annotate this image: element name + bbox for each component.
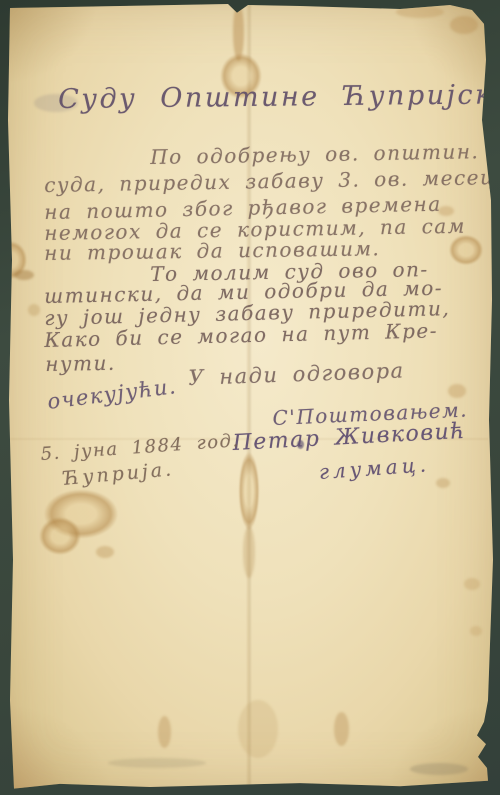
letter-paper: Суду Општине Ћупријској. По одобрењу ов.… [0,0,500,795]
stain-crease-bottom [238,700,278,758]
photo-background: Суду Општине Ћупријској. По одобрењу ов.… [0,0,500,795]
stain-big-left-main [42,488,120,540]
stain-left-dots [28,304,40,316]
vertical-fold-crease [246,4,252,790]
letter-heading: Суду Општине Ћупријској. [58,79,500,115]
stain-sig-dot [436,478,450,488]
stain-spot-bottom-left [158,716,171,748]
stain-left-edge-1 [0,240,28,280]
dateline-place: Ћуприја. [62,458,175,490]
signature-name: Петар Живковић [232,419,466,456]
closing-hope: У нади одговора [188,358,405,390]
letter-line-p1-1: По одобрењу ов. општин. [150,139,479,169]
dateline-date: 5. јуна 1884 год. [40,430,240,465]
smudge-bottom-right [410,763,468,775]
stain-right-small-3 [470,626,482,636]
stain-spot-bottom-right [334,712,349,746]
closing-awaiting: очекујући. [46,374,178,414]
stain-big-left-lobe [38,516,82,556]
stain-right-mid [448,234,484,266]
stain-left-edge-2 [14,270,34,280]
signature-role: глумац. [318,452,431,484]
letter-line-p2-5: нути. [45,351,116,376]
stain-top-edge [396,6,444,18]
stain-top-drip [233,3,244,61]
stain-right-small-1 [448,384,466,398]
stain-top-right-corner [450,16,478,34]
stain-right-small-2 [464,578,480,590]
smudge-bottom-left [108,758,206,768]
stain-big-left-dot [96,546,114,558]
